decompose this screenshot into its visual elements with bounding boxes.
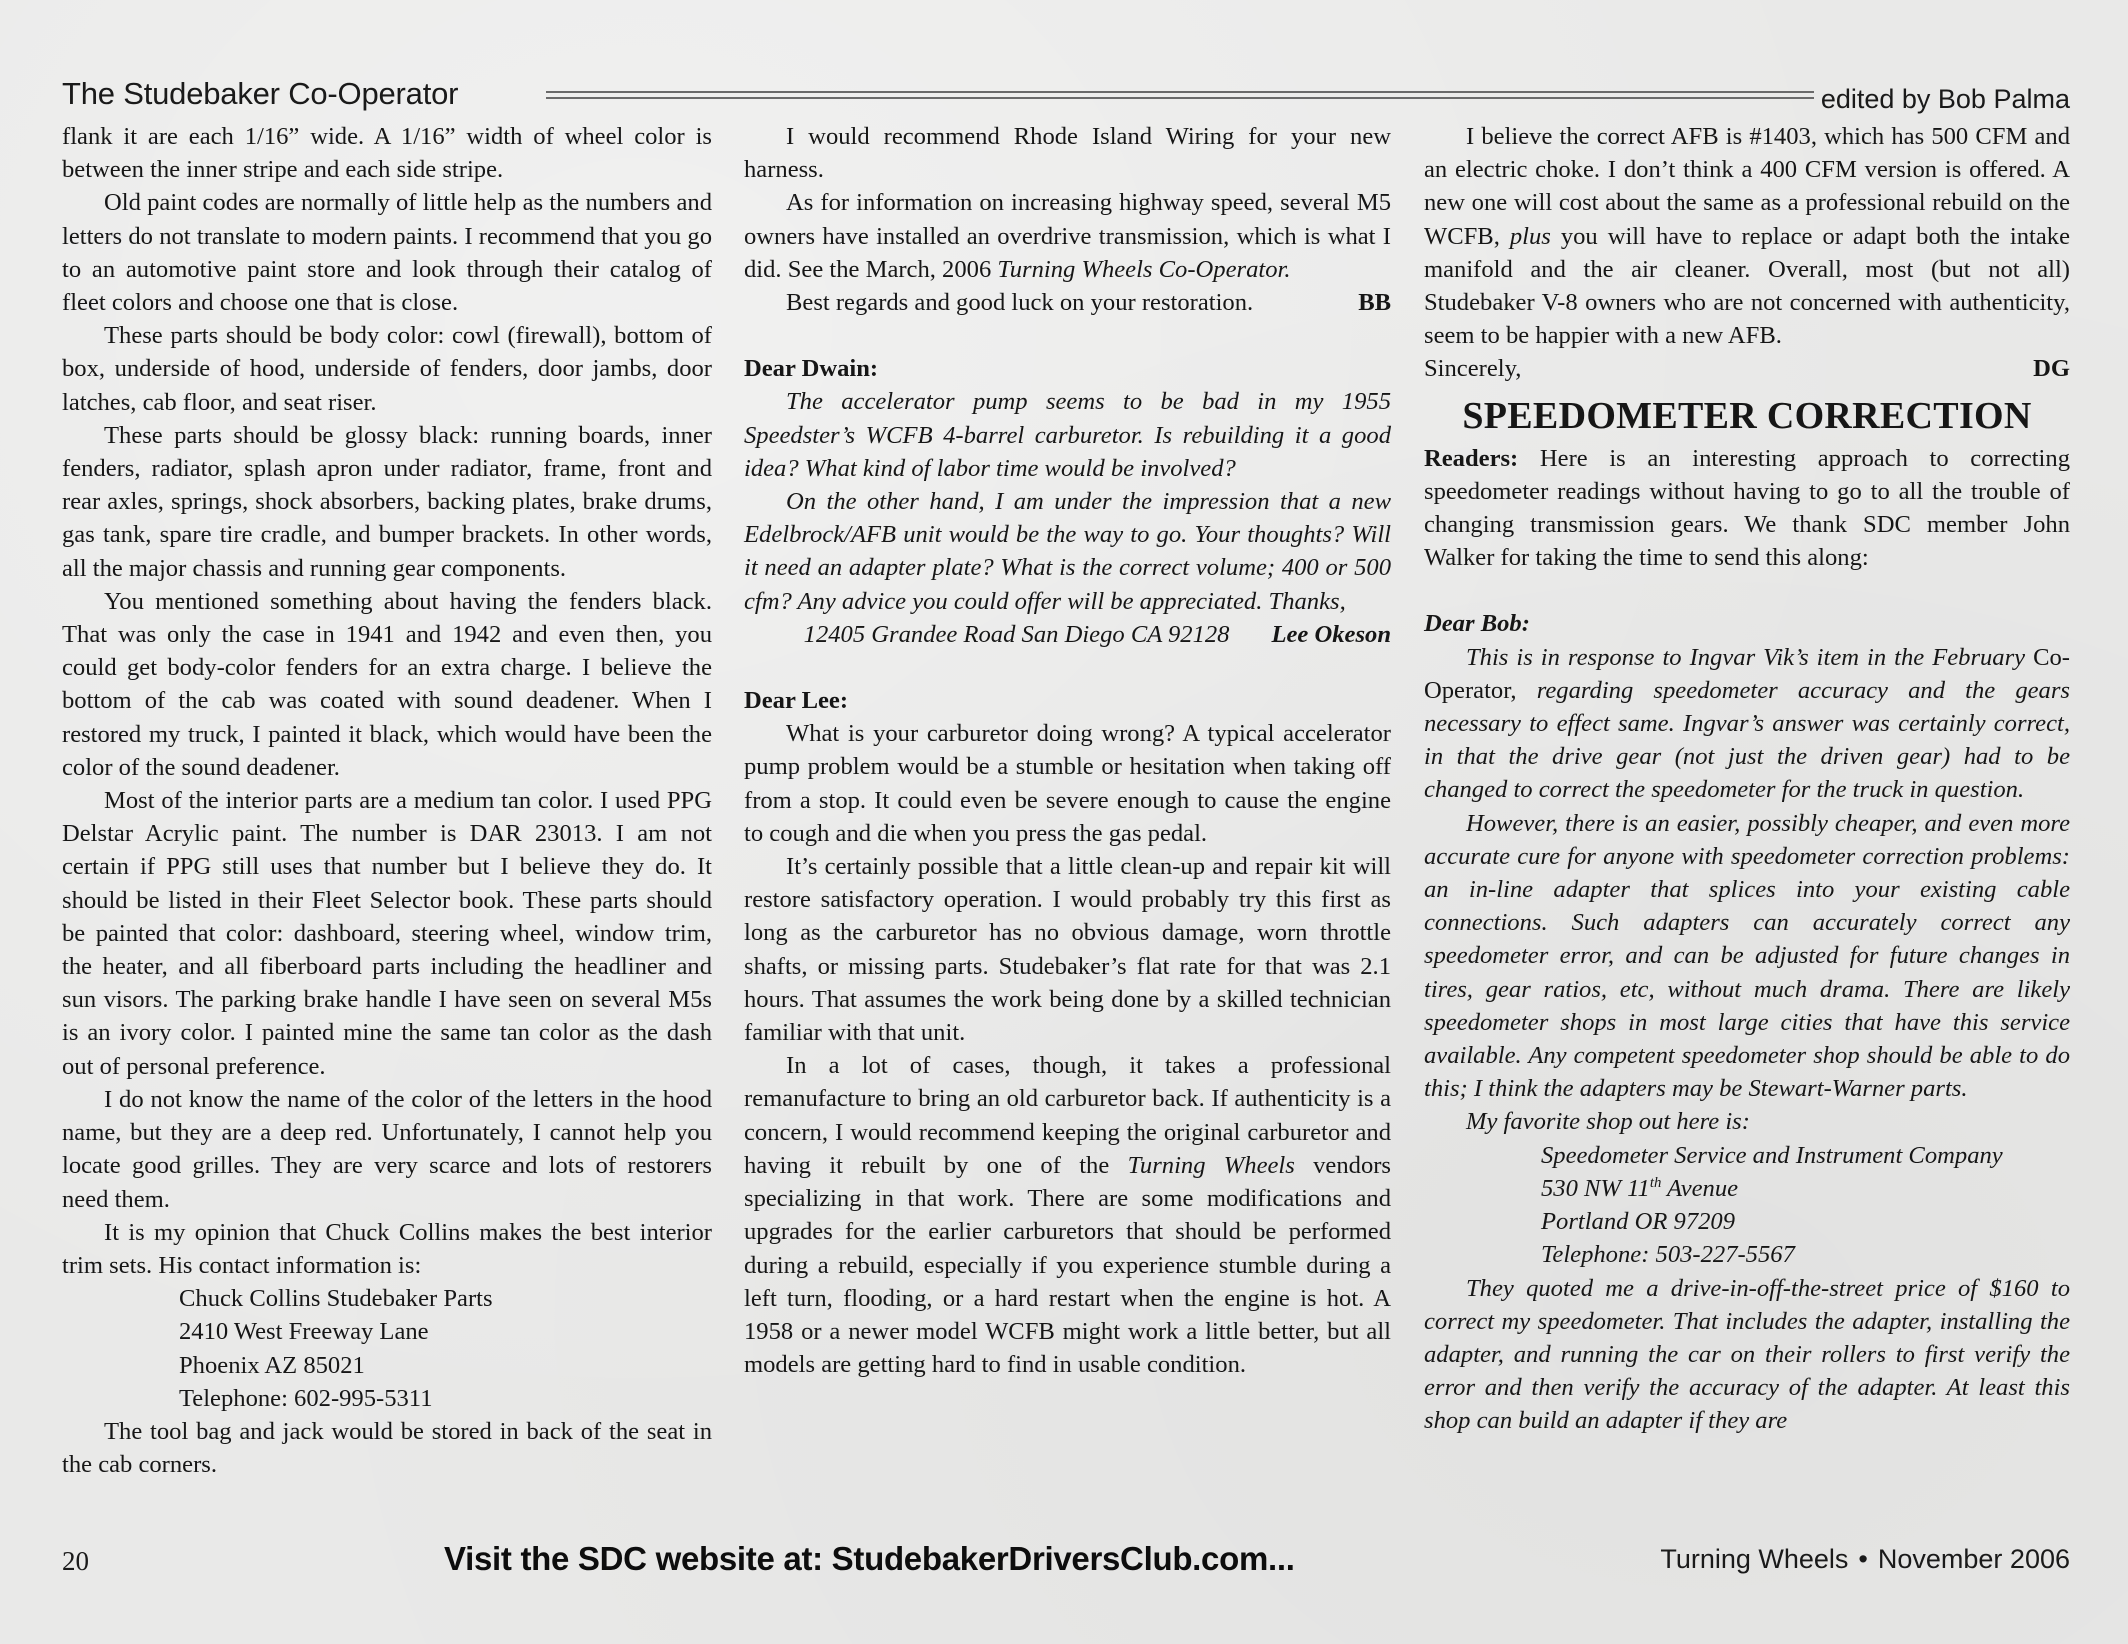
spacer [744, 319, 1391, 352]
text: Avenue [1661, 1175, 1738, 1202]
shop-name: Speedometer Service and Instrument Compa… [1424, 1139, 2070, 1172]
contact-street: 2410 West Freeway Lane [62, 1315, 712, 1348]
paragraph: I believe the correct AFB is #1403, whic… [1424, 120, 2070, 352]
reply-salutation: Dear Lee: [744, 684, 1391, 717]
paragraph: These parts should be glossy black: runn… [62, 419, 712, 585]
paragraph: flank it are each 1/16” wide. A 1/16” wi… [62, 120, 712, 186]
paragraph: Most of the interior parts are a medium … [62, 784, 712, 1083]
letter-signature: Lee Okeson [1229, 618, 1391, 651]
letter-paragraph: On the other hand, I am under the impres… [744, 485, 1391, 618]
paragraph: Old paint codes are normally of little h… [62, 186, 712, 319]
column-title: The Studebaker Co-Operator [62, 76, 458, 112]
contact-block: Chuck Collins Studebaker Parts 2410 West… [62, 1282, 712, 1415]
text: Here is an interesting approach to corre… [1424, 445, 2070, 572]
signature-initials: BB [1316, 286, 1391, 319]
spacer [1424, 574, 2070, 607]
text: Best regards and good luck on your resto… [786, 289, 1253, 316]
text: This is in response to Ingvar Vik’s item… [1466, 644, 2033, 671]
spacer [744, 651, 1391, 684]
letter-paragraph: This is in response to Ingvar Vik’s item… [1424, 641, 2070, 807]
signature-initials: DG [2033, 352, 2070, 385]
publication-name: Turning Wheels [1660, 1544, 1848, 1574]
page-footer: 20 Visit the SDC website at: StudebakerD… [62, 1546, 2070, 1586]
text: Sincerely, [1424, 355, 1521, 382]
text: regarding speedometer accuracy and the g… [1424, 677, 2070, 804]
publication-reference: Turning Wheels [1128, 1152, 1295, 1179]
shop-city: Portland OR 97209 [1424, 1205, 2070, 1238]
column-left: flank it are each 1/16” wide. A 1/16” wi… [62, 120, 712, 1481]
letter-paragraph: My favorite shop out here is: [1424, 1105, 2070, 1138]
text: vendors specializing in that work. There… [744, 1152, 1391, 1378]
paragraph: I do not know the name of the color of t… [62, 1083, 712, 1216]
paragraph: As for information on increasing highway… [744, 186, 1391, 286]
letter-salutation: Dear Bob: [1424, 607, 2070, 640]
paragraph: These parts should be body color: cowl (… [62, 319, 712, 419]
paragraph: You mentioned something about having the… [62, 585, 712, 784]
intro-paragraph: Readers: Here is an interesting approach… [1424, 442, 2070, 575]
intro-label: Readers: [1424, 445, 1518, 472]
paragraph: In a lot of cases, though, it takes a pr… [744, 1049, 1391, 1381]
shop-phone: Telephone: 503-227-5567 [1424, 1238, 2070, 1271]
shop-address-block: Speedometer Service and Instrument Compa… [1424, 1139, 2070, 1272]
ordinal-suffix: th [1650, 1175, 1661, 1191]
page-number: 20 [62, 1546, 89, 1577]
text: 530 NW 11 [1541, 1175, 1650, 1202]
paragraph: It’s certainly possible that a little cl… [744, 850, 1391, 1049]
editor-credit: edited by Bob Palma [1821, 84, 2070, 115]
issue-date: November 2006 [1878, 1544, 2070, 1574]
bullet-separator: • [1848, 1544, 1877, 1574]
contact-phone: Telephone: 602-995-5311 [62, 1382, 712, 1415]
column-right: I believe the correct AFB is #1403, whic… [1424, 120, 2070, 1438]
letter-salutation: Dear Dwain: [744, 352, 1391, 385]
section-heading: SPEEDOMETER CORRECTION [1424, 394, 2070, 438]
page-header: The Studebaker Co-Operator edited by Bob… [62, 76, 2070, 116]
emphasis: plus [1510, 223, 1551, 250]
letter-paragraph: However, there is an easier, possibly ch… [1424, 807, 2070, 1106]
contact-name: Chuck Collins Studebaker Parts [62, 1282, 712, 1315]
column-middle: I would recommend Rhode Island Wiring fo… [744, 120, 1391, 1381]
website-promo: Visit the SDC website at: StudebakerDriv… [444, 1540, 1295, 1578]
publication-reference: Turning Wheels Co-Operator. [997, 256, 1290, 283]
paragraph: The tool bag and jack would be stored in… [62, 1415, 712, 1481]
text: On the other hand, I am under the impres… [744, 488, 1391, 615]
closing: Sincerely,DG [1424, 352, 2070, 385]
header-double-rule [546, 91, 1814, 99]
letter-paragraph: They quoted me a drive-in-off-the-street… [1424, 1272, 2070, 1438]
paragraph: Best regards and good luck on your resto… [744, 286, 1391, 319]
letter-paragraph: The accelerator pump seems to be bad in … [744, 385, 1391, 485]
paragraph: I would recommend Rhode Island Wiring fo… [744, 120, 1391, 186]
paragraph: What is your carburetor doing wrong? A t… [744, 717, 1391, 850]
issue-info: Turning Wheels•November 2006 [1660, 1544, 2070, 1575]
contact-city: Phoenix AZ 85021 [62, 1349, 712, 1382]
paragraph: It is my opinion that Chuck Collins make… [62, 1216, 712, 1282]
shop-street: 530 NW 11th Avenue [1424, 1172, 2070, 1205]
